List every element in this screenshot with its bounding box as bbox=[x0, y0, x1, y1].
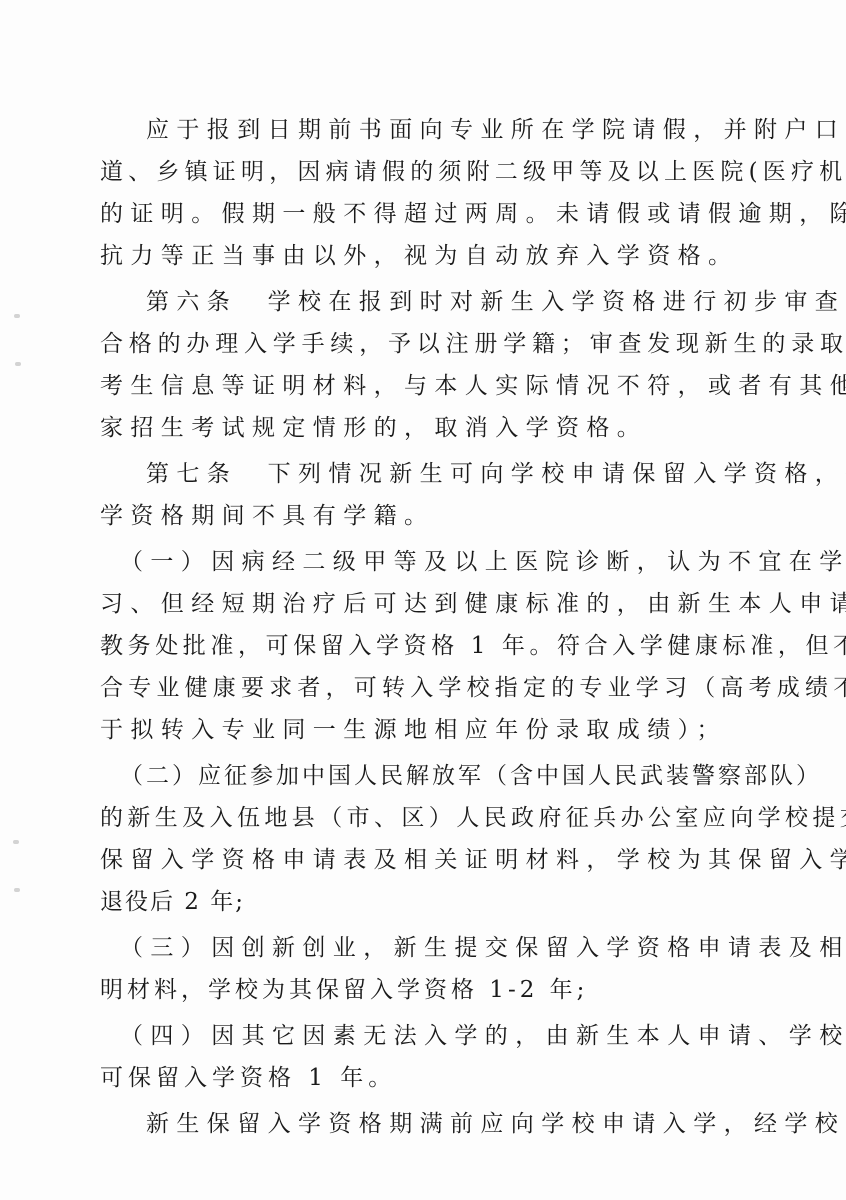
document-page: 应于报到日期前书面向专业所在学院请假，并附户口所在街 道、乡镇证明，因病请假的须… bbox=[0, 0, 846, 1200]
text-line: 抗力等正当事由以外，视为自动放弃入学资格。 bbox=[100, 235, 746, 277]
paragraph-continuation: 应于报到日期前书面向专业所在学院请假，并附户口所在街 道、乡镇证明，因病请假的须… bbox=[100, 109, 750, 277]
text-line: 教务处批准，可保留入学资格 1 年。符合入学健康标准，但不符 bbox=[100, 625, 746, 667]
scan-artifact-mark bbox=[15, 362, 21, 366]
scan-artifact-mark bbox=[14, 314, 20, 318]
text-line: （四）因其它因素无法入学的，由新生本人申请、学校批准， bbox=[100, 1015, 746, 1057]
text-line: （一）因病经二级甲等及以上医院诊断，认为不宜在学校学 bbox=[100, 541, 746, 583]
text-line: 明材料，学校为其保留入学资格 1-2 年; bbox=[100, 969, 746, 1011]
text-line: 退役后 2 年; bbox=[100, 881, 746, 923]
text-line: 可保留入学资格 1 年。 bbox=[100, 1057, 746, 1099]
list-item-3: （三）因创新创业，新生提交保留入学资格申请表及相关证 明材料，学校为其保留入学资… bbox=[100, 927, 750, 1011]
text-line: 新生保留入学资格期满前应向学校申请入学，经学校审查合 bbox=[100, 1103, 746, 1145]
text-line: 习、但经短期治疗后可达到健康标准的，由新生本人申请、学校 bbox=[100, 583, 746, 625]
text-line: 家招生考试规定情形的，取消入学资格。 bbox=[100, 407, 746, 449]
text-line: 的新生及入伍地县（市、区）人民政府征兵办公室应向学校提交 bbox=[100, 797, 746, 839]
paragraph-article-6: 第六条 学校在报到时对新生入学资格进行初步审查，审查 合格的办理入学手续，予以注… bbox=[100, 281, 750, 449]
text-line: 学资格期间不具有学籍。 bbox=[100, 495, 746, 537]
text-line: 合格的办理入学手续，予以注册学籍；审查发现新生的录取通知、 bbox=[100, 323, 746, 365]
text-line: 保留入学资格申请表及相关证明材料，学校为其保留入学资格至 bbox=[100, 839, 746, 881]
text-line: 合专业健康要求者，可转入学校指定的专业学习（高考成绩不低 bbox=[100, 667, 746, 709]
article-heading-line: 第六条 学校在报到时对新生入学资格进行初步审查，审查 bbox=[100, 281, 746, 323]
text-line: （二）应征参加中国人民解放军（含中国人民武装警察部队） bbox=[100, 755, 746, 797]
list-item-2: （二）应征参加中国人民解放军（含中国人民武装警察部队） 的新生及入伍地县（市、区… bbox=[100, 755, 750, 923]
scan-artifact-mark bbox=[14, 888, 20, 892]
text-line: 考生信息等证明材料，与本人实际情况不符，或者有其他违反国 bbox=[100, 365, 746, 407]
list-item-1: （一）因病经二级甲等及以上医院诊断，认为不宜在学校学 习、但经短期治疗后可达到健… bbox=[100, 541, 750, 751]
paragraph-final: 新生保留入学资格期满前应向学校申请入学，经学校审查合 bbox=[100, 1103, 750, 1145]
text-line: 道、乡镇证明，因病请假的须附二级甲等及以上医院(医疗机构) bbox=[100, 151, 746, 193]
text-line: 应于报到日期前书面向专业所在学院请假，并附户口所在街 bbox=[100, 109, 746, 151]
paragraph-article-7: 第七条 下列情况新生可向学校申请保留入学资格，保留入 学资格期间不具有学籍。 bbox=[100, 453, 750, 537]
article-heading-line: 第七条 下列情况新生可向学校申请保留入学资格，保留入 bbox=[100, 453, 746, 495]
scan-artifact-mark bbox=[13, 840, 19, 844]
text-line: 的证明。假期一般不得超过两周。未请假或请假逾期，除因不可 bbox=[100, 193, 746, 235]
list-item-4: （四）因其它因素无法入学的，由新生本人申请、学校批准， 可保留入学资格 1 年。 bbox=[100, 1015, 750, 1099]
text-line: 于拟转入专业同一生源地相应年份录取成绩）； bbox=[100, 709, 746, 751]
text-line: （三）因创新创业，新生提交保留入学资格申请表及相关证 bbox=[100, 927, 746, 969]
document-body: 应于报到日期前书面向专业所在学院请假，并附户口所在街 道、乡镇证明，因病请假的须… bbox=[100, 109, 750, 1145]
